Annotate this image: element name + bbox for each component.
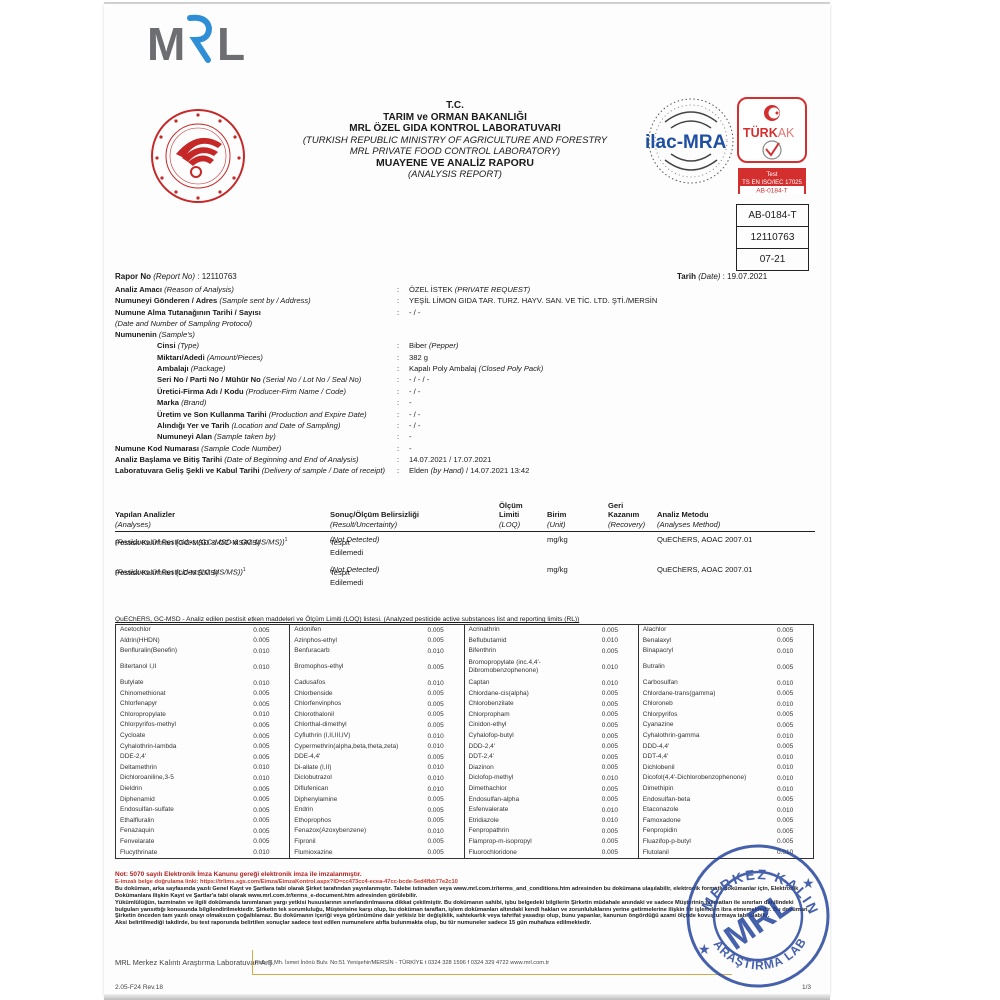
pesticide-item: Fenpropidin0.005	[639, 826, 813, 837]
pesticide-name: Fenpropathrin	[469, 827, 602, 835]
pesticide-loq: 0.010	[777, 807, 809, 814]
pesticide-item: Fenvelarate0.005	[116, 837, 289, 848]
pesticide-name: Diflufenican	[294, 785, 427, 793]
pesticide-item: Chlorpyrifos-methyl0.005	[116, 720, 289, 731]
pesticide-item: Aclonifen0.005	[290, 625, 463, 636]
report-header: T.C. TARIM ve ORMAN BAKANLIĞI MRL ÖZEL G…	[270, 100, 640, 181]
pesticide-item: Bifenthrin0.005	[465, 646, 638, 657]
pesticide-loq: 0.005	[428, 817, 460, 824]
pesticide-name: Ethoprophos	[294, 817, 427, 825]
pesticide-loq: 0.010	[777, 680, 809, 687]
pesticide-item: Cypermethrin(alpha,beta,theta,zeta)0.010	[290, 741, 463, 752]
pesticide-item: Chlorfenapyr0.005	[116, 699, 289, 710]
pesticide-loq: 0.010	[602, 664, 634, 671]
pesticide-item: Cinidon-ethyl0.005	[465, 720, 638, 731]
pesticide-loq: 0.005	[777, 664, 809, 671]
pesticide-name: Alachlor	[643, 626, 777, 634]
header-report-title: MUAYENE VE ANALİZ RAPORU	[270, 158, 640, 170]
pesticide-name: Chlorpyrifos-methyl	[120, 721, 253, 729]
pesticide-item: Endosulfan-alpha0.005	[465, 794, 638, 805]
pesticide-item: Acrinathrin0.005	[465, 625, 638, 636]
pesticide-loq: 0.005	[253, 627, 285, 634]
pesticide-item: Dimethipin0.010	[639, 784, 813, 795]
pesticide-loq: 0.010	[253, 680, 285, 687]
pesticide-loq: 0.010	[602, 775, 634, 782]
svg-text:M: M	[147, 18, 185, 70]
pesticide-name: Chlorpropham	[469, 711, 602, 719]
pesticide-name: Captan	[469, 679, 602, 687]
pesticide-name: Dimethachlor	[469, 785, 602, 793]
pesticide-loq: 0.005	[602, 796, 634, 803]
accreditation-code-box: AB-0184-T 12110763 07-21	[736, 204, 809, 271]
pesticide-item: DDT-4,4'0.010	[639, 752, 813, 763]
info-row-sampling-protocol: Numune Alma Tutanağının Tarihi / Sayısı(…	[115, 307, 815, 329]
pesticide-name: Beflubutamid	[469, 637, 602, 645]
pesticide-name: Benfluralin(Benefin)	[120, 647, 253, 655]
header-ministry-en: (TURKISH REPUBLIC MINISTRY OF AGRICULTUR…	[270, 135, 640, 147]
pesticide-item: Binapacryl0.010	[639, 646, 813, 657]
header-report-title-en: (ANALYSIS REPORT)	[270, 169, 640, 181]
pesticide-item: Captan0.010	[465, 678, 638, 689]
pesticide-item: Cadusafos0.010	[290, 678, 463, 689]
pesticide-name: Chlordane-trans(gamma)	[643, 690, 777, 698]
pesticide-item: Esfenvalerate0.010	[465, 805, 638, 816]
pesticide-name: Chloroneb	[643, 700, 777, 708]
pesticide-name: Aclonifen	[294, 626, 427, 634]
pesticide-loq: 0.005	[253, 807, 285, 814]
pesticide-loq: 0.010	[428, 743, 460, 750]
pesticide-loq: 0.005	[602, 838, 634, 845]
pesticide-name: Fenazox(Azoxybenzene)	[294, 827, 427, 835]
pesticide-loq: 0.005	[253, 786, 285, 793]
footer-address: Pirireis Mh. İsmet İnönü Bulv. No:51 Yen…	[255, 960, 549, 966]
info-row-reason: Analiz Amacı (Reason of Analysis) :ÖZEL …	[115, 284, 815, 295]
pesticide-loq: 0.005	[428, 722, 460, 729]
pesticide-item: DDT-2,4'0.005	[465, 752, 638, 763]
pesticide-item: Butralin0.005	[639, 657, 813, 678]
info-row-serial: Seri No / Parti No / Mühür No (Serial No…	[115, 374, 815, 385]
pesticide-loq: 0.005	[777, 817, 809, 824]
pesticide-item: Endrin0.005	[290, 805, 463, 816]
pesticide-name: Diphenylamine	[294, 796, 427, 804]
pesticide-name: Acetochlor	[120, 626, 253, 634]
pesticide-item: Chloropropylate0.010	[116, 710, 289, 721]
pesticide-list-table: Acetochlor0.005Aldrin(HHDN)0.005Benflura…	[115, 624, 814, 859]
info-row-sample-heading: Numunenin (Sample's)	[115, 329, 815, 340]
pesticide-name: Dicofol(4,4'-Dichlorobenzophenone)	[643, 774, 777, 782]
pesticide-loq: 0.005	[428, 690, 460, 697]
pesticide-loq: 0.005	[777, 743, 809, 750]
pesticide-loq: 0.010	[777, 733, 809, 740]
pesticide-loq: 0.005	[428, 849, 460, 856]
pesticide-loq: 0.010	[253, 849, 285, 856]
pesticide-loq: 0.005	[428, 627, 460, 634]
pesticide-loq: 0.010	[428, 775, 460, 782]
pesticide-loq: 0.010	[428, 764, 460, 771]
pesticide-item: Cyhalothrin-lambda0.005	[116, 741, 289, 752]
header-lab: MRL ÖZEL GIDA KONTROL LABORATUVARI	[270, 123, 640, 135]
pesticide-column: Acetochlor0.005Aldrin(HHDN)0.005Benflura…	[116, 625, 290, 858]
pesticide-loq: 0.010	[428, 786, 460, 793]
pesticide-name: Dichloroaniline,3-5	[120, 774, 253, 782]
pesticide-loq: 0.005	[602, 764, 634, 771]
header-tc: T.C.	[270, 100, 640, 112]
analyses-header: Yapılan Analizler(Analyses) Sonuç/Ölçüm …	[115, 500, 815, 532]
pesticide-item: Dicofol(4,4'-Dichlorobenzophenone)0.010	[639, 773, 813, 784]
pesticide-loq: 0.005	[602, 786, 634, 793]
pesticide-name: Azinphos-ethyl	[294, 637, 427, 645]
pesticide-item: Chlorthal-dimethyl0.005	[290, 720, 463, 731]
pesticide-loq: 0.005	[602, 701, 634, 708]
pesticide-name: Diazinon	[469, 764, 602, 772]
pesticide-item: Flucythrinate0.010	[116, 847, 289, 858]
pesticide-column: Aclonifen0.005Azinphos-ethyl0.005Benfura…	[290, 625, 464, 858]
header-lab-en: MRL PRIVATE FOOD CONTROL LABORATORY)	[270, 146, 640, 158]
footer-divider	[252, 950, 253, 974]
pesticide-loq: 0.005	[602, 733, 634, 740]
pesticide-loq: 0.005	[602, 849, 634, 856]
info-row-sender: Numuneyi Gönderen / Adres (Sample sent b…	[115, 295, 815, 306]
pesticide-loq: 0.005	[777, 711, 809, 718]
pesticide-item: Endosulfan-sulfate0.005	[116, 805, 289, 816]
pesticide-loq: 0.010	[428, 680, 460, 687]
svg-text:TÜRKAK: TÜRKAK	[743, 125, 795, 140]
pesticide-name: Dimethipin	[643, 785, 777, 793]
pesticide-loq: 0.010	[253, 648, 285, 655]
footer-company: MRL Merkez Kalıntı Araştırma Laboratuvar…	[115, 958, 275, 967]
pesticide-loq: 0.005	[428, 754, 460, 761]
pesticide-name: DDD-4,4'	[643, 743, 777, 751]
pesticide-item: Carbosulfan0.010	[639, 678, 813, 689]
pesticide-item: Fenazox(Azoxybenzene)0.010	[290, 826, 463, 837]
pesticide-name: Aldrin(HHDN)	[120, 637, 253, 645]
analyses-row: Pestisit Kalıntıları (GC-MSD & GC-MS/MS)…	[115, 532, 815, 562]
pesticide-name: Chloropropylate	[120, 711, 253, 719]
pesticide-name: Chlorfenapyr	[120, 700, 253, 708]
pesticide-item: Chlorpropham0.005	[465, 710, 638, 721]
pesticide-loq: 0.010	[253, 664, 285, 671]
pesticide-loq: 0.005	[428, 838, 460, 845]
pesticide-loq: 0.010	[428, 648, 460, 655]
pesticide-loq: 0.005	[253, 817, 285, 824]
pesticide-item: Chlorothalonil0.005	[290, 710, 463, 721]
pesticide-item: Etridiazole0.010	[465, 816, 638, 827]
pesticide-item: Cyfluthrin (I,II,III,IV)0.010	[290, 731, 463, 742]
pesticide-item: Chlorobenzilate0.005	[465, 699, 638, 710]
pesticide-item: Etaconazole0.010	[639, 805, 813, 816]
lab-stamp-icon: MERKEZ KALINTI ARAŞTIRMA LABORATUARI MRL…	[684, 842, 832, 990]
pesticide-name: Cyfluthrin (I,II,III,IV)	[294, 732, 427, 740]
sample-info: Analiz Amacı (Reason of Analysis) :ÖZEL …	[115, 284, 815, 487]
pesticide-column: Alachlor0.005Benalaxyl0.005Binapacryl0.0…	[639, 625, 813, 858]
pesticide-item: Benfluralin(Benefin)0.010	[116, 646, 289, 657]
pesticide-name: Deltamethrin	[120, 764, 253, 772]
pesticide-name: Chlorothalonil	[294, 711, 427, 719]
pesticide-name: Fenazaquin	[120, 827, 253, 835]
pesticide-name: Chinomethionat	[120, 690, 253, 698]
pesticide-loq: 0.005	[602, 711, 634, 718]
info-row-type: Cinsi (Type) :Biber (Pepper)	[115, 340, 815, 351]
pesticide-item: Endosulfan-beta0.005	[639, 794, 813, 805]
pesticide-loq: 0.010	[602, 637, 634, 644]
pesticide-loq: 0.005	[428, 664, 460, 671]
pesticide-name: Bifenthrin	[469, 647, 602, 655]
pesticide-name: Flumioxazine	[294, 849, 427, 857]
pesticide-item: Chlorfenvinphos0.005	[290, 699, 463, 710]
pesticide-item: Beflubutamid0.010	[465, 636, 638, 647]
report-date: Tarih (Date) : 19.07.2021	[677, 272, 767, 281]
pesticide-name: Chlorpyrifos	[643, 711, 777, 719]
pesticide-loq: 0.010	[602, 807, 634, 814]
pesticide-item: Bromophos-ethyl0.005	[290, 657, 463, 678]
pesticide-list-caption: QuEChERS, GC-MSD - Analiz edilen pestisi…	[115, 616, 579, 623]
pesticide-name: Cyhalofop-butyl	[469, 732, 602, 740]
pesticide-loq: 0.010	[428, 733, 460, 740]
pesticide-loq: 0.005	[777, 627, 809, 634]
pesticide-item: Di-allate (I,II)0.010	[290, 763, 463, 774]
svg-text:Test: Test	[766, 172, 777, 178]
pesticide-name: Famoxadone	[643, 817, 777, 825]
turkak-accreditation-icon: TÜRKAK Test TS EN ISO/IEC 17025 AB-0184-…	[736, 96, 808, 204]
mrl-logo-icon: M L	[145, 10, 265, 70]
pesticide-name: Etridiazole	[469, 817, 602, 825]
pesticide-loq: 0.010	[777, 775, 809, 782]
pesticide-loq: 0.005	[253, 743, 285, 750]
pesticide-name: Diclofop-methyl	[469, 774, 602, 782]
pesticide-loq: 0.005	[253, 637, 285, 644]
pesticide-loq: 0.010	[602, 817, 634, 824]
pesticide-name: Esfenvalerate	[469, 806, 602, 814]
pesticide-name: Fluorochloridone	[469, 849, 602, 857]
pesticide-item: Flumioxazine0.005	[290, 847, 463, 858]
pesticide-loq: 0.005	[428, 796, 460, 803]
pesticide-loq: 0.005	[602, 754, 634, 761]
pesticide-loq: 0.005	[777, 796, 809, 803]
pesticide-loq: 0.005	[253, 828, 285, 835]
pesticide-item: Diazinon0.005	[465, 763, 638, 774]
pesticide-name: Acrinathrin	[469, 626, 602, 634]
pesticide-item: Dimethachlor0.005	[465, 784, 638, 795]
pesticide-loq: 0.005	[253, 690, 285, 697]
pesticide-loq: 0.005	[253, 701, 285, 708]
pesticide-name: Fenpropidin	[643, 827, 777, 835]
info-row-sampling-location: Alındığı Yer ve Tarih (Location and Date…	[115, 420, 815, 431]
pesticide-name: Endrin	[294, 806, 427, 814]
pesticide-name: Dichlobenil	[643, 764, 777, 772]
pesticide-loq: 0.005	[777, 828, 809, 835]
pesticide-loq: 0.010	[253, 775, 285, 782]
pesticide-name: Dieldrin	[120, 785, 253, 793]
code-accreditation: AB-0184-T	[737, 205, 808, 227]
info-row-package: Ambalajı (Package) :Kapalı Poly Ambalaj …	[115, 363, 815, 374]
pesticide-item: Chloroneb0.010	[639, 699, 813, 710]
pesticide-loq: 0.005	[602, 722, 634, 729]
pesticide-item: Cycloate0.005	[116, 731, 289, 742]
pesticide-loq: 0.010	[777, 764, 809, 771]
pesticide-name: Cinidon-ethyl	[469, 721, 602, 729]
pesticide-name: Bromophos-ethyl	[294, 663, 427, 671]
pesticide-item: Aldrin(HHDN)0.005	[116, 636, 289, 647]
pesticide-loq: 0.005	[253, 733, 285, 740]
pesticide-item: Flamprop-m-isopropyl0.005	[465, 837, 638, 848]
pesticide-name: Fenvelarate	[120, 838, 253, 846]
code-report-no: 12110763	[737, 227, 808, 249]
pesticide-item: Chlorbenside0.005	[290, 688, 463, 699]
code-month-year: 07-21	[737, 249, 808, 270]
pesticide-loq: 0.005	[777, 637, 809, 644]
pesticide-item: Acetochlor0.005	[116, 625, 289, 636]
pesticide-name: Flamprop-m-isopropyl	[469, 838, 602, 846]
pesticide-name: Chlorfenvinphos	[294, 700, 427, 708]
pesticide-item: Fluorochloridone0.005	[465, 847, 638, 858]
pesticide-loq: 0.010	[777, 786, 809, 793]
pesticide-column: Acrinathrin0.005Beflubutamid0.010Bifenth…	[465, 625, 639, 858]
pesticide-name: Diphenamid	[120, 796, 253, 804]
analyses-row: Pestisit Kalıntıları (LC-MS/MS) (Residue…	[115, 562, 815, 592]
pesticide-item: Diphenylamine0.005	[290, 794, 463, 805]
pesticide-name: Cypermethrin(alpha,beta,theta,zeta)	[294, 743, 427, 751]
pesticide-item: Bromopropylate (inc.4,4'-Dibromobenzophe…	[465, 657, 638, 678]
svg-text:MRL: MRL	[718, 884, 800, 957]
pesticide-name: Etaconazole	[643, 806, 777, 814]
pesticide-item: Butylate0.010	[116, 678, 289, 689]
pesticide-name: Cycloate	[120, 732, 253, 740]
pesticide-name: Bromopropylate (inc.4,4'-Dibromobenzophe…	[469, 659, 602, 675]
pesticide-loq: 0.005	[602, 743, 634, 750]
pesticide-item: Cyhalofop-butyl0.005	[465, 731, 638, 742]
pesticide-item: Chlorpyrifos0.005	[639, 710, 813, 721]
pesticide-item: Azinphos-ethyl0.005	[290, 636, 463, 647]
pesticide-loq: 0.010	[777, 648, 809, 655]
svg-text:TS EN ISO/IEC 17025: TS EN ISO/IEC 17025	[742, 180, 802, 186]
pesticide-loq: 0.010	[602, 680, 634, 687]
pesticide-name: Endosulfan-beta	[643, 796, 777, 804]
pesticide-name: Cyanazine	[643, 721, 777, 729]
info-row-taken-by: Numuneyi Alan (Sample taken by) :-	[115, 431, 815, 442]
analyses-table: Yapılan Analizler(Analyses) Sonuç/Ölçüm …	[115, 500, 815, 592]
pesticide-loq: 0.005	[253, 796, 285, 803]
pesticide-name: Ethalfluralin	[120, 817, 253, 825]
pesticide-loq: 0.010	[253, 711, 285, 718]
pesticide-item: Dichloroaniline,3-50.010	[116, 773, 289, 784]
pesticide-name: Butylate	[120, 679, 253, 687]
pesticide-name: Bitertanol I,II	[120, 663, 253, 671]
page-bottom-edge	[104, 994, 830, 1000]
svg-text:★: ★	[698, 941, 711, 957]
info-row-delivery: Laboratuvara Geliş Şekli ve Kabul Tarihi…	[115, 465, 815, 487]
pesticide-item: Alachlor0.005	[639, 625, 813, 636]
pesticide-item: Chinomethionat0.005	[116, 688, 289, 699]
svg-text:L: L	[217, 18, 245, 70]
info-row-brand: Marka (Brand) :-	[115, 397, 815, 408]
svg-text:ilac-MRA: ilac-MRA	[645, 132, 727, 153]
ministry-seal-icon	[148, 102, 248, 210]
pesticide-item: Famoxadone0.005	[639, 816, 813, 827]
pesticide-name: DDE-4,4'	[294, 753, 427, 761]
pesticide-loq: 0.010	[777, 754, 809, 761]
pesticide-item: Diclofop-methyl0.010	[465, 773, 638, 784]
pesticide-loq: 0.005	[602, 828, 634, 835]
pesticide-name: Cyhalothrin-lambda	[120, 743, 253, 751]
pesticide-item: Diclobutrazol0.010	[290, 773, 463, 784]
pesticide-item: Bitertanol I,II0.010	[116, 657, 289, 678]
pesticide-item: Chlordane-trans(gamma)0.005	[639, 688, 813, 699]
pesticide-name: Chlorthal-dimethyl	[294, 721, 427, 729]
pesticide-item: Benfuracarb0.010	[290, 646, 463, 657]
pesticide-loq: 0.005	[428, 711, 460, 718]
pesticide-name: Fipronil	[294, 838, 427, 846]
pesticide-item: DDD-4,4'0.005	[639, 741, 813, 752]
form-revision: 2.05-F24 Rev.18	[115, 984, 163, 991]
pesticide-loq: 0.005	[777, 690, 809, 697]
pesticide-item: Cyanazine0.005	[639, 720, 813, 731]
pesticide-item: Diphenamid0.005	[116, 794, 289, 805]
pesticide-loq: 0.010	[777, 701, 809, 708]
pesticide-loq: 0.005	[428, 807, 460, 814]
svg-text:★: ★	[802, 875, 815, 891]
pesticide-item: Fenazaquin0.005	[116, 826, 289, 837]
info-row-producer: Üretici-Firma Adı / Kodu (Producer-Firm …	[115, 386, 815, 397]
pesticide-loq: 0.005	[253, 838, 285, 845]
header-ministry: TARIM ve ORMAN BAKANLIĞI	[270, 112, 640, 124]
pesticide-item: Benalaxyl0.005	[639, 636, 813, 647]
pesticide-name: Endosulfan-sulfate	[120, 806, 253, 814]
pesticide-item: Chlordane-cis(alpha)0.005	[465, 688, 638, 699]
ilac-mra-icon: ilac-MRA	[643, 92, 737, 190]
pesticide-loq: 0.010	[253, 764, 285, 771]
pesticide-name: Chlorbenside	[294, 690, 427, 698]
pesticide-name: Endosulfan-alpha	[469, 796, 602, 804]
pesticide-name: DDT-2,4'	[469, 753, 602, 761]
pesticide-item: Fipronil0.005	[290, 837, 463, 848]
pesticide-item: Ethalfluralin0.005	[116, 816, 289, 827]
pesticide-item: Cyhalothrin-gamma0.010	[639, 731, 813, 742]
pesticide-name: DDD-2,4'	[469, 743, 602, 751]
pesticide-name: DDE-2,4'	[120, 753, 253, 761]
pesticide-item: DDD-2,4'0.005	[465, 741, 638, 752]
pesticide-item: Dichlobenil0.010	[639, 763, 813, 774]
pesticide-item: Deltamethrin0.010	[116, 763, 289, 774]
pesticide-loq: 0.005	[602, 648, 634, 655]
pesticide-item: DDE-4,4'0.005	[290, 752, 463, 763]
pesticide-name: Carbosulfan	[643, 679, 777, 687]
pesticide-name: Cadusafos	[294, 679, 427, 687]
footer-rule	[252, 974, 732, 975]
pesticide-name: Chlorobenzilate	[469, 700, 602, 708]
pesticide-item: Dieldrin0.005	[116, 784, 289, 795]
pesticide-loq: 0.010	[428, 828, 460, 835]
info-row-amount: Miktarı/Adedi (Amount/Pieces) :382 g	[115, 352, 815, 363]
pesticide-item: DDE-2,4'0.005	[116, 752, 289, 763]
pesticide-loq: 0.005	[253, 754, 285, 761]
pesticide-loq: 0.005	[777, 722, 809, 729]
pesticide-loq: 0.005	[428, 701, 460, 708]
pesticide-name: Butralin	[643, 663, 777, 671]
pesticide-name: Di-allate (I,II)	[294, 764, 427, 772]
pesticide-item: Fenpropathrin0.005	[465, 826, 638, 837]
pesticide-loq: 0.005	[428, 637, 460, 644]
pesticide-name: Benfuracarb	[294, 647, 427, 655]
info-row-analysis-dates: Analiz Başlama ve Bitiş Tarihi (Date of …	[115, 454, 815, 465]
info-row-sample-code: Numune Kod Numarası (Sample Code Number)…	[115, 443, 815, 454]
pesticide-loq: 0.005	[602, 627, 634, 634]
pesticide-loq: 0.005	[253, 722, 285, 729]
pesticide-loq: 0.005	[602, 690, 634, 697]
pesticide-name: Cyhalothrin-gamma	[643, 732, 777, 740]
pesticide-name: Chlordane-cis(alpha)	[469, 690, 602, 698]
pesticide-name: Benalaxyl	[643, 637, 777, 645]
pesticide-name: Binapacryl	[643, 647, 777, 655]
